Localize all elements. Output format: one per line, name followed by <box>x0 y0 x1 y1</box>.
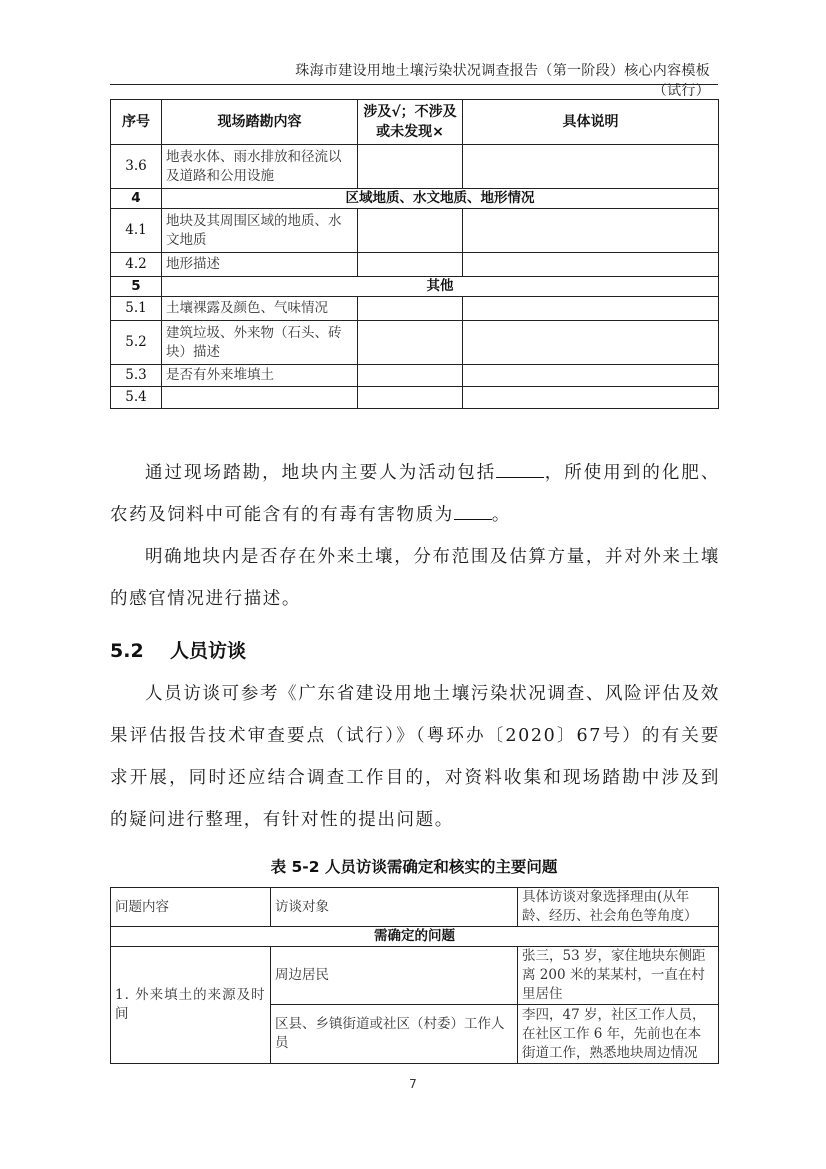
row-note-cell[interactable] <box>463 297 719 321</box>
table-row: 5.4 <box>111 387 719 409</box>
row-check-cell[interactable] <box>358 297 463 321</box>
row-content: 建筑垃圾、外来物（石头、砖块）描述 <box>162 321 358 365</box>
row-check-cell[interactable] <box>358 253 463 277</box>
column-header-check: 涉及√；不涉及或未发现× <box>358 100 463 145</box>
section-row: 需确定的问题 <box>111 927 719 947</box>
row-note-cell[interactable] <box>463 253 719 277</box>
row-no: 5.1 <box>111 297 162 321</box>
site-survey-table: 序号 现场踏勘内容 涉及√；不涉及或未发现× 具体说明 3.6 地表水体、雨水排… <box>110 99 719 409</box>
section-heading: 5.2人员访谈 <box>110 636 246 663</box>
table-row: 5.1 土壤裸露及颜色、气味情况 <box>111 297 719 321</box>
section-row: 5 其他 <box>111 277 719 297</box>
column-header-content: 现场踏勘内容 <box>162 100 358 145</box>
paragraph-text: 。 <box>492 505 511 525</box>
column-header-question: 问题内容 <box>111 888 271 927</box>
table-header-row: 问题内容 访谈对象 具体访谈对象选择理由(从年龄、经历、社会角色等角度） <box>111 888 719 927</box>
paragraph-text: 通过现场踏勘，地块内主要人为活动包括 <box>145 463 496 483</box>
section-no: 4 <box>111 189 162 209</box>
row-no: 5.3 <box>111 365 162 387</box>
row-note-cell[interactable] <box>463 365 719 387</box>
table-caption: 表 5-2 人员访谈需确定和核实的主要问题 <box>110 855 718 877</box>
row-no: 5.4 <box>111 387 162 409</box>
paragraph-site-activities: 通过现场踏勘，地块内主要人为活动包括，所使用到的化肥、农药及饲料中可能含有的有毒… <box>110 452 720 536</box>
table-row: 5.3 是否有外来堆填土 <box>111 365 719 387</box>
header-rule <box>110 84 718 85</box>
row-check-cell[interactable] <box>358 209 463 253</box>
reason-cell: 张三，53 岁，家住地块东侧距离 200 米的某某村，一直在村里居住 <box>518 947 719 1005</box>
row-content: 地表水体、雨水排放和径流以及道路和公用设施 <box>162 145 358 189</box>
fill-blank-activities[interactable] <box>496 459 544 478</box>
paragraph-interview-guidance: 人员访谈可参考《广东省建设用地土壤污染状况调查、风险评估及效果评估报告技术审查要… <box>110 673 720 841</box>
row-content: 土壤裸露及颜色、气味情况 <box>162 297 358 321</box>
row-content <box>162 387 358 409</box>
table-row: 4.1 地块及其周围区域的地质、水文地质 <box>111 209 719 253</box>
row-content: 地块及其周围区域的地质、水文地质 <box>162 209 358 253</box>
table-row: 5.2 建筑垃圾、外来物（石头、砖块）描述 <box>111 321 719 365</box>
row-no: 4.1 <box>111 209 162 253</box>
page-number: 7 <box>400 1077 426 1091</box>
table-row: 4.2 地形描述 <box>111 253 719 277</box>
row-note-cell[interactable] <box>463 209 719 253</box>
paragraph-foreign-soil: 明确地块内是否存在外来土壤，分布范围及估算方量，并对外来土壤的感官情况进行描述。 <box>110 536 720 620</box>
target-cell: 周边居民 <box>271 947 518 1005</box>
reason-cell: 李四，47 岁，社区工作人员，在社区工作 6 年，先前也在本街道工作，熟悉地块周… <box>518 1005 719 1064</box>
target-cell: 区县、乡镇街道或社区（村委）工作人员 <box>271 1005 518 1064</box>
row-check-cell[interactable] <box>358 365 463 387</box>
row-note-cell[interactable] <box>463 321 719 365</box>
row-no: 4.2 <box>111 253 162 277</box>
row-no: 5.2 <box>111 321 162 365</box>
section-title: 区域地质、水文地质、地形情况 <box>162 189 719 209</box>
row-content: 地形描述 <box>162 253 358 277</box>
running-header: 珠海市建设用地土壤污染状况调查报告（第一阶段）核心内容模板（试行） <box>280 60 710 100</box>
row-check-cell[interactable] <box>358 321 463 365</box>
column-header-note: 具体说明 <box>463 100 719 145</box>
fill-blank-substances[interactable] <box>454 501 492 520</box>
interview-questions-table: 问题内容 访谈对象 具体访谈对象选择理由(从年龄、经历、社会角色等角度） 需确定… <box>110 887 719 1064</box>
column-header-no: 序号 <box>111 100 162 145</box>
question-cell: 1. 外来填土的来源及时间 <box>111 947 271 1064</box>
table-row: 3.6 地表水体、雨水排放和径流以及道路和公用设施 <box>111 145 719 189</box>
table-header-row: 序号 现场踏勘内容 涉及√；不涉及或未发现× 具体说明 <box>111 100 719 145</box>
row-note-cell[interactable] <box>463 387 719 409</box>
column-header-reason: 具体访谈对象选择理由(从年龄、经历、社会角色等角度） <box>518 888 719 927</box>
section-title: 人员访谈 <box>170 640 246 662</box>
table-row: 1. 外来填土的来源及时间 周边居民 张三，53 岁，家住地块东侧距离 200 … <box>111 947 719 1005</box>
section-no: 5 <box>111 277 162 297</box>
section-title: 其他 <box>162 277 719 297</box>
row-check-cell[interactable] <box>358 145 463 189</box>
section-label: 需确定的问题 <box>111 927 719 947</box>
row-content: 是否有外来堆填土 <box>162 365 358 387</box>
row-no: 3.6 <box>111 145 162 189</box>
column-header-target: 访谈对象 <box>271 888 518 927</box>
section-number: 5.2 <box>110 640 170 662</box>
row-note-cell[interactable] <box>463 145 719 189</box>
row-check-cell[interactable] <box>358 387 463 409</box>
section-row: 4 区域地质、水文地质、地形情况 <box>111 189 719 209</box>
